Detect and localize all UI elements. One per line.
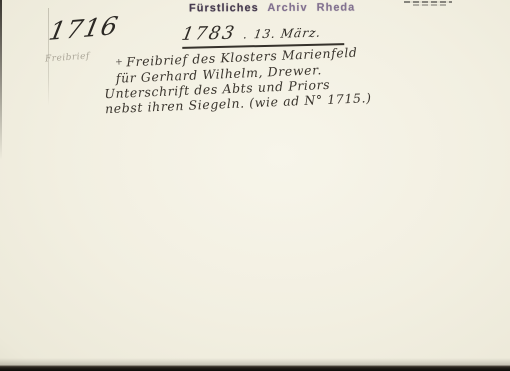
stamp-fragment-line — [413, 4, 447, 6]
pasted-slip-edge — [48, 8, 49, 106]
photo-edge-left — [0, 0, 2, 160]
photo-edge-bottom — [0, 365, 510, 371]
stamp-word-fuerstliches: Fürstliches — [189, 2, 259, 14]
stamp-words-archiv-rheda: Archiv Rheda — [267, 2, 355, 14]
archive-card-photo: Fürstliches Archiv Rheda 1716 Freibrief … — [0, 0, 510, 371]
lead-mark: + — [115, 57, 124, 67]
date-line: 1783 . 13. März. — [182, 20, 345, 49]
stamp-fragment-top-right — [404, 1, 452, 7]
date-day-month: 13. März. — [253, 26, 322, 42]
stamp-fragment-line — [404, 1, 452, 3]
archive-number: 1716 — [46, 11, 121, 46]
handwritten-body: +Freibrief des Klosters Marienfeld für G… — [103, 43, 405, 117]
pencil-note: Freibrief — [45, 51, 90, 64]
date-year: 1783 — [180, 23, 238, 45]
date-separator: . — [243, 27, 247, 41]
archive-stamp: Fürstliches Archiv Rheda — [189, 2, 364, 15]
